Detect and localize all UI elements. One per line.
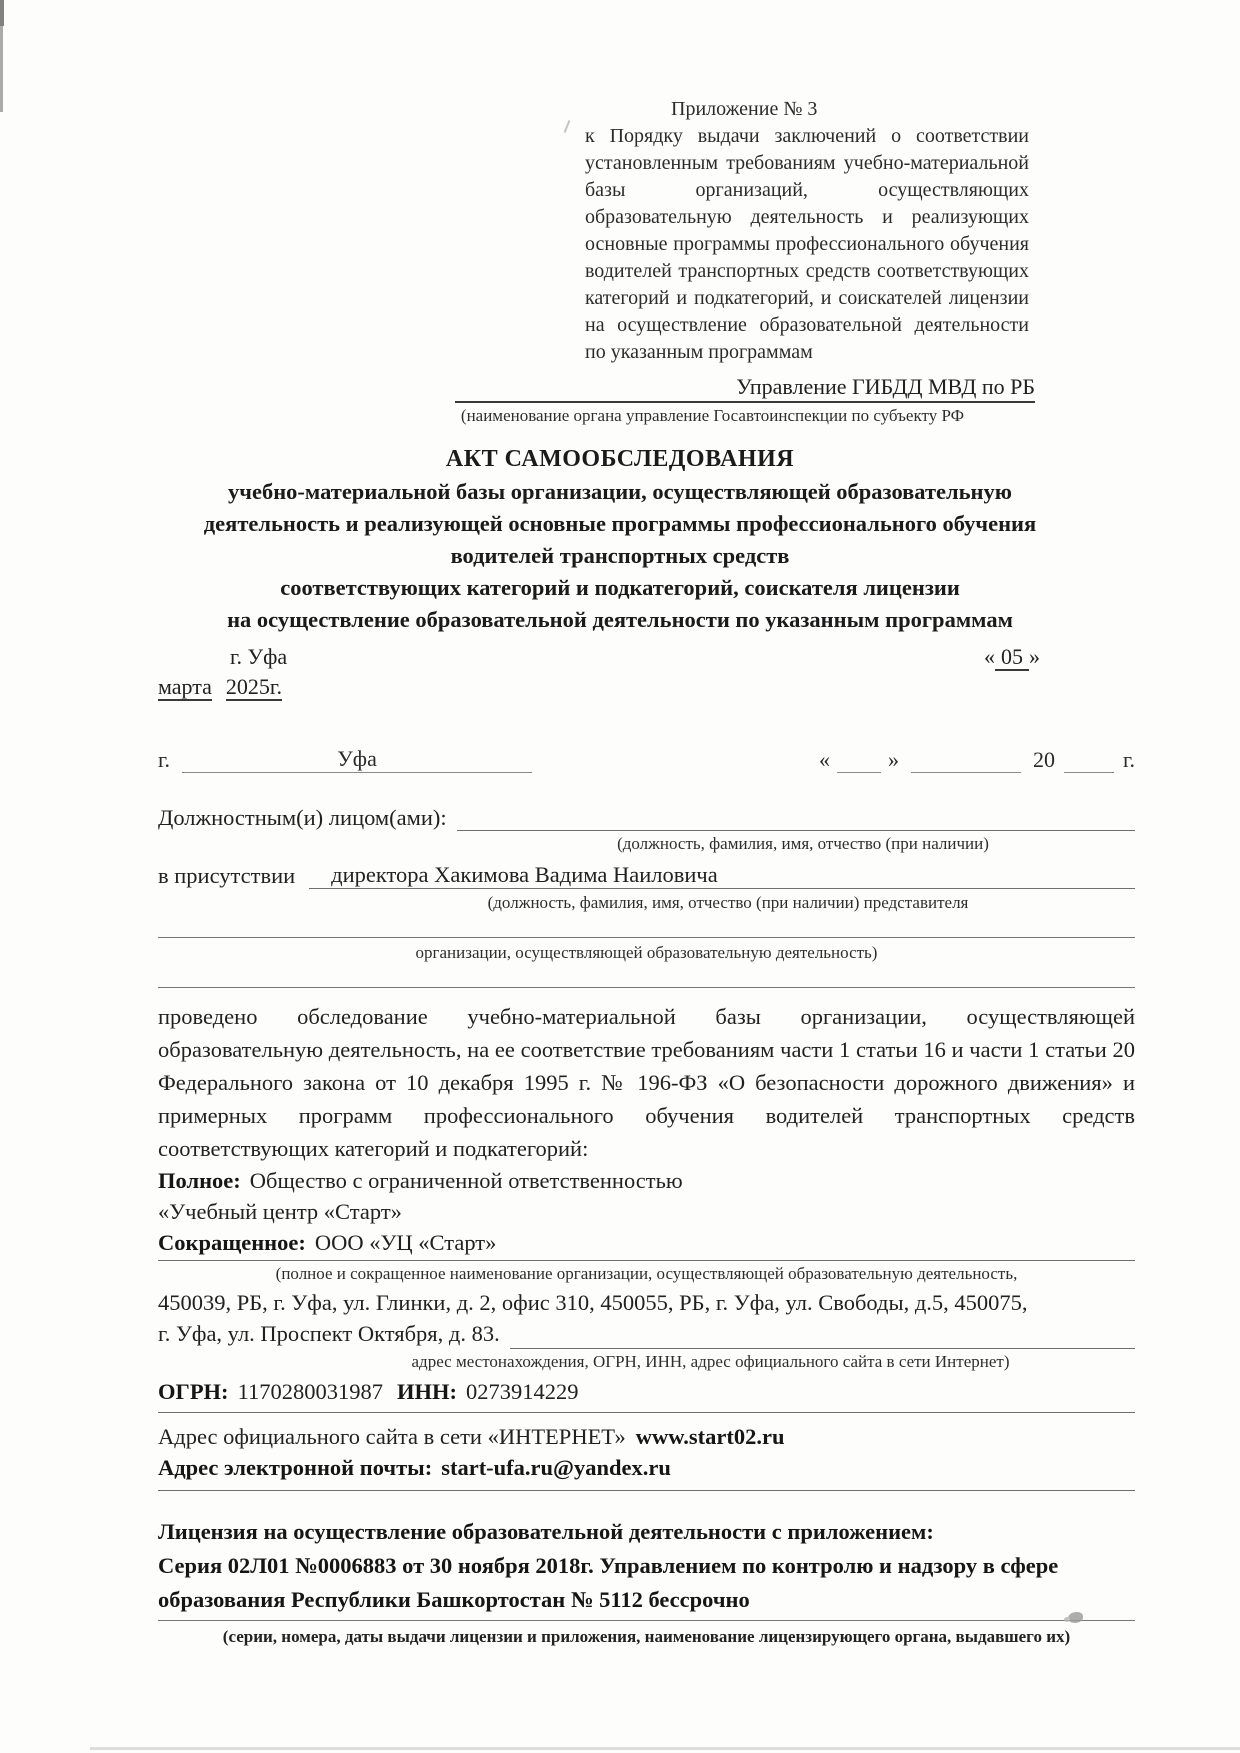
org-website-line: Адрес официального сайта в сети «ИНТЕРНЕ… bbox=[158, 1424, 1135, 1450]
blank-date-row: г. Уфа « » 20 г. bbox=[158, 746, 1135, 773]
blank-day-line bbox=[837, 772, 881, 773]
city-blank-value: Уфа bbox=[182, 746, 532, 773]
presence-label: в присутствии bbox=[158, 863, 295, 889]
org-full-label: Полное: bbox=[158, 1168, 241, 1193]
authority-caption: (наименование органа управление Госавтои… bbox=[430, 406, 995, 426]
month-value: марта bbox=[158, 674, 212, 701]
year-value: 2025г. bbox=[226, 674, 282, 701]
appendix-note: Приложение № 3 к Порядку выдачи заключен… bbox=[585, 96, 1029, 366]
blank-year-line bbox=[1064, 772, 1114, 773]
inn-value: 0273914229 bbox=[466, 1379, 579, 1404]
blank-close-quote: » bbox=[888, 747, 899, 773]
officials-blank-line bbox=[457, 830, 1135, 831]
city-prefix: г. bbox=[158, 747, 170, 773]
org-short-label: Сокращенное: bbox=[158, 1230, 306, 1255]
org-email-line: Адрес электронной почты:start-ufa.ru@yan… bbox=[158, 1455, 1135, 1491]
officials-label: Должностным(и) лицом(ами): bbox=[158, 805, 447, 831]
city-filled: г. Уфа bbox=[230, 644, 287, 670]
org-ids-line: ОГРН:1170280031987ИНН:0273914229 bbox=[158, 1379, 1135, 1413]
doc-title-line-1: учебно-материальной базы организации, ос… bbox=[0, 476, 1240, 508]
authority-name: Управление ГИБДД МВД по РБ bbox=[736, 374, 1035, 399]
email-label: Адрес электронной почты: bbox=[158, 1455, 432, 1480]
email-value: start-ufa.ru@yandex.ru bbox=[441, 1455, 671, 1480]
ogrn-label: ОГРН: bbox=[158, 1379, 229, 1404]
org-short-value: ООО «УЦ «Старт» bbox=[315, 1230, 497, 1255]
appendix-body: к Порядку выдачи заключений о соответств… bbox=[585, 123, 1029, 366]
website-label: Адрес официального сайта в сети «ИНТЕРНЕ… bbox=[158, 1424, 626, 1449]
date-place-row: г. Уфа «05» bbox=[158, 644, 1135, 670]
doc-title-line-4: соответствующих категорий и подкатегорий… bbox=[0, 572, 1240, 604]
org-address-line-2-text: г. Уфа, ул. Проспект Октября, д. 83. bbox=[158, 1318, 500, 1349]
presence-row: в присутствии директора Хакимова Вадима … bbox=[158, 862, 1135, 889]
presence-caption-1: (должность, фамилия, имя, отчество (при … bbox=[458, 893, 998, 913]
doc-title-line-3: водителей транспортных средств bbox=[0, 540, 1240, 572]
license-block: Лицензия на осуществление образовательно… bbox=[158, 1515, 1135, 1621]
month-year-line: марта2025г. bbox=[158, 674, 1135, 700]
day-value: 05 bbox=[995, 644, 1029, 671]
website-value: www.start02.ru bbox=[636, 1424, 785, 1449]
address-trailing-line bbox=[510, 1348, 1135, 1349]
doc-title-main: АКТ САМООБСЛЕДОВАНИЯ bbox=[0, 442, 1240, 476]
doc-title-line-2: деятельность и реализующей основные прог… bbox=[0, 508, 1240, 540]
inn-label: ИНН: bbox=[397, 1379, 457, 1404]
blank-month-line bbox=[911, 772, 1021, 773]
ogrn-value: 1170280031987 bbox=[238, 1379, 383, 1404]
scan-edge-bottom bbox=[90, 1747, 1240, 1750]
presence-value: директора Хакимова Вадима Наиловича bbox=[309, 862, 1135, 889]
org-address-line-1: 450039, РБ, г. Уфа, ул. Глинки, д. 2, оф… bbox=[158, 1287, 1135, 1318]
officials-row: Должностным(и) лицом(ами): bbox=[158, 805, 1135, 831]
inspection-paragraph: проведено обследование учебно-материальн… bbox=[158, 1000, 1135, 1165]
authority-line: Управление ГИБДД МВД по РБ bbox=[455, 374, 1035, 403]
org-full-name-line: Полное:Общество с ограниченной ответстве… bbox=[158, 1165, 1135, 1196]
org-name-caption: (полное и сокращенное наименование орган… bbox=[158, 1264, 1135, 1284]
org-full-value: Общество с ограниченной ответственностью bbox=[250, 1168, 683, 1193]
org-address-line-2: г. Уфа, ул. Проспект Октября, д. 83. bbox=[158, 1318, 1135, 1349]
license-heading: Лицензия на осуществление образовательно… bbox=[158, 1515, 1135, 1549]
doc-title: АКТ САМООБСЛЕДОВАНИЯ учебно-материальной… bbox=[0, 442, 1240, 636]
officials-caption: (должность, фамилия, имя, отчество (при … bbox=[588, 834, 1018, 854]
separator-line-1 bbox=[158, 937, 1135, 938]
license-details: Серия 02Л01 №0006883 от 30 ноября 2018г.… bbox=[158, 1549, 1135, 1617]
close-quote: » bbox=[1029, 644, 1040, 669]
document-body: Приложение № 3 к Порядку выдачи заключен… bbox=[0, 0, 1240, 1647]
org-short-name-line: Сокращенное:ООО «УЦ «Старт» bbox=[158, 1227, 1135, 1261]
open-quote: « bbox=[984, 644, 995, 669]
scan-edge-left-dark bbox=[0, 0, 4, 26]
presence-caption-2: организации, осуществляющей образователь… bbox=[158, 943, 1135, 963]
scanned-document-page: Приложение № 3 к Порядку выдачи заключен… bbox=[0, 0, 1240, 1753]
separator-line-2 bbox=[158, 987, 1135, 988]
blank-open-quote: « bbox=[819, 747, 830, 773]
date-day-group: «05» bbox=[984, 644, 1040, 670]
doc-title-line-5: на осуществление образовательной деятель… bbox=[0, 604, 1240, 636]
org-full-name-line-2: «Учебный центр «Старт» bbox=[158, 1196, 1135, 1227]
year-suffix: г. bbox=[1123, 747, 1135, 773]
license-caption: (серии, номера, даты выдачи лицензии и п… bbox=[158, 1627, 1135, 1647]
org-address-caption: адрес местонахождения, ОГРН, ИНН, адрес … bbox=[286, 1352, 1135, 1372]
appendix-heading: Приложение № 3 bbox=[585, 96, 1029, 123]
century-value: 20 bbox=[1033, 747, 1055, 773]
